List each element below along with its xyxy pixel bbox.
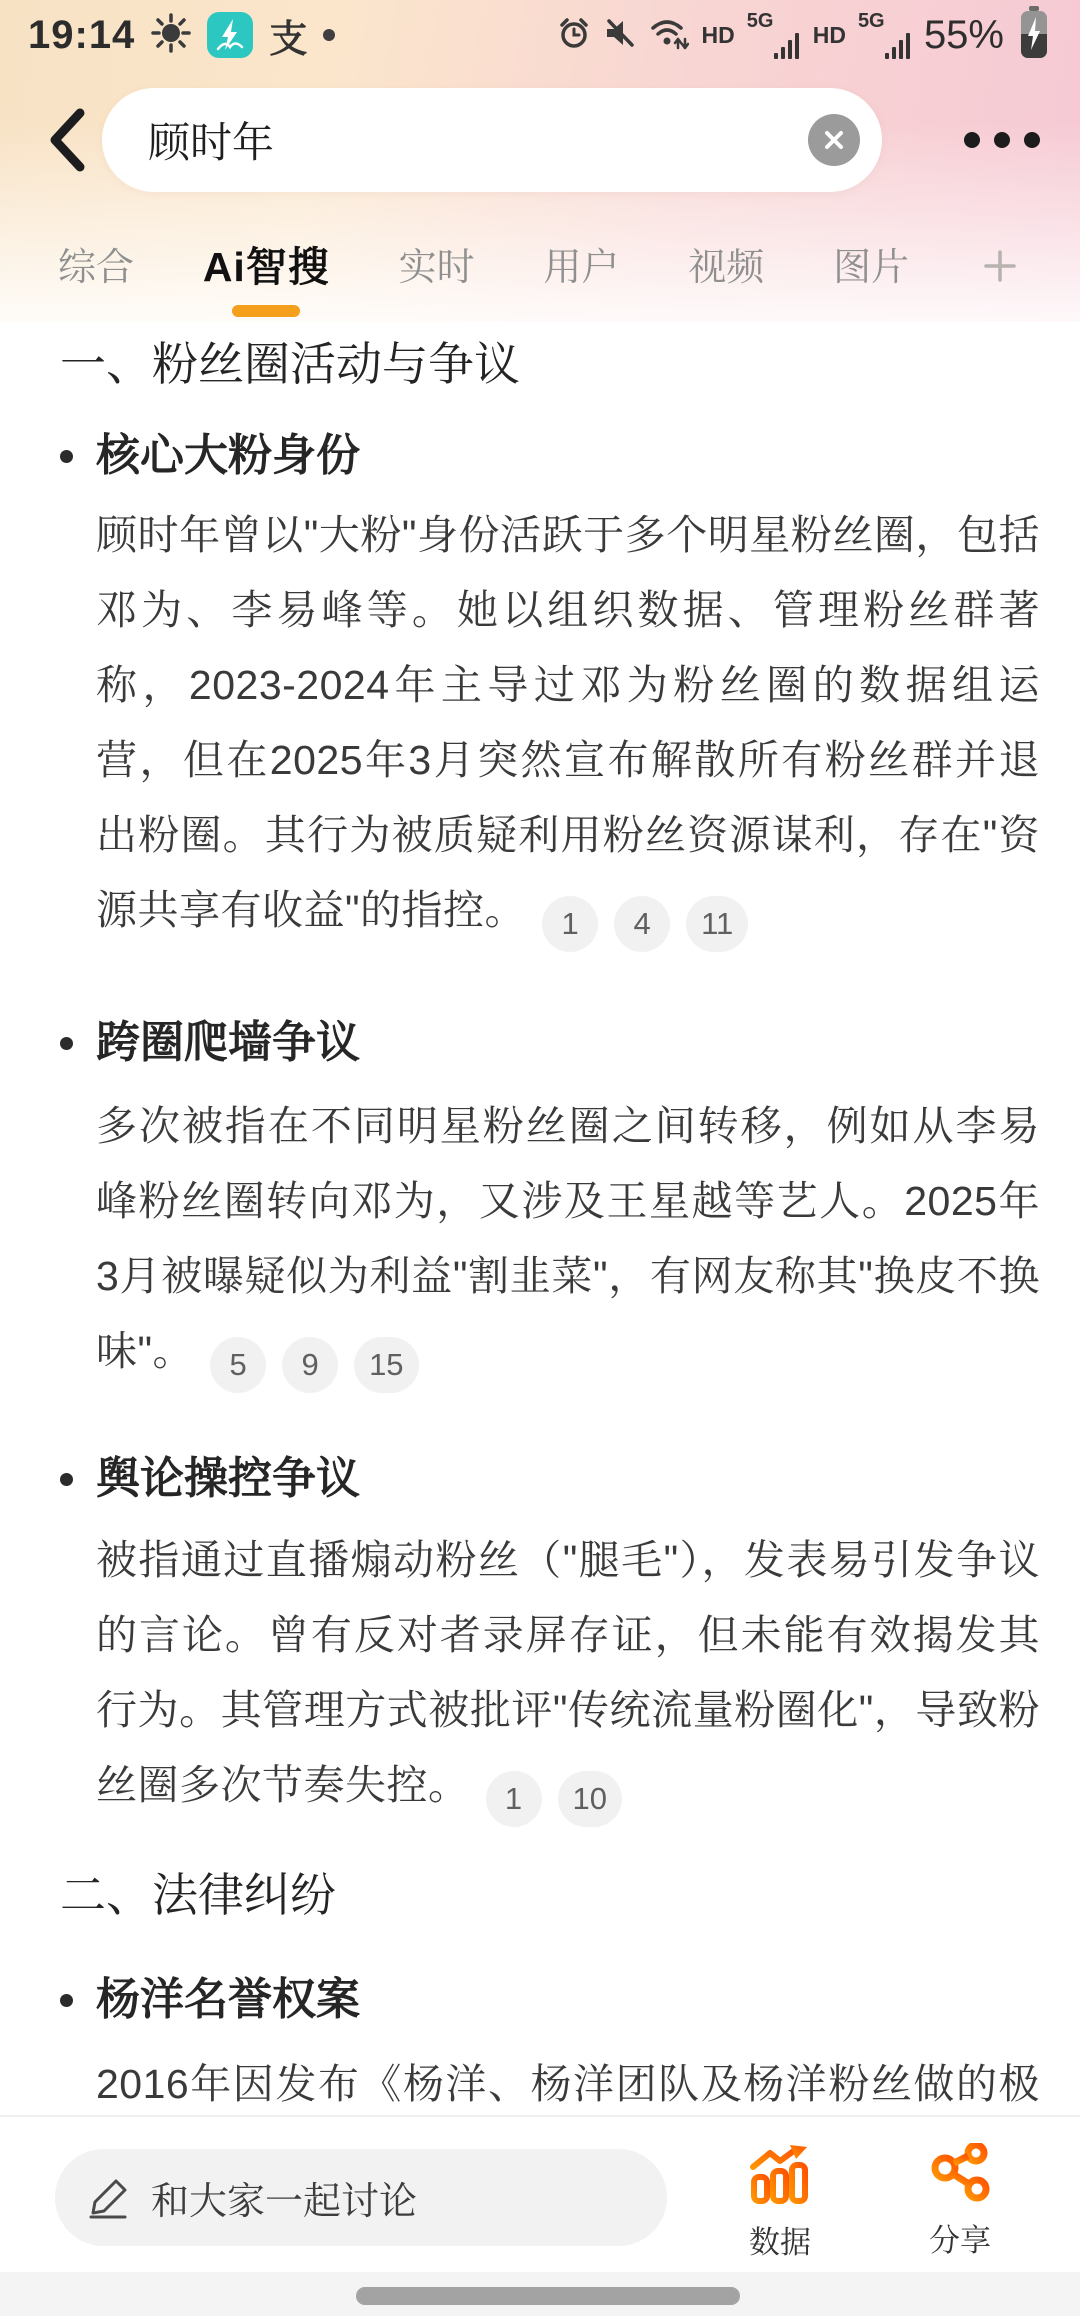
item-title: 核心大粉身份 bbox=[96, 430, 1040, 482]
share-button-label: 分享 bbox=[929, 2215, 991, 2260]
item-title: 杨洋名誉权案 bbox=[96, 1974, 1040, 2026]
clock-time: 19:14 bbox=[28, 13, 135, 58]
list-item-core-fan-identity: 核心大粉身份 顾时年曾以"大粉"身份活跃于多个明星粉丝圈，包括邓为、李易峰等。她… bbox=[60, 430, 1040, 952]
bullet-icon bbox=[60, 1037, 73, 1050]
tab-users[interactable]: 用户 bbox=[543, 236, 619, 297]
gesture-handle[interactable] bbox=[356, 2287, 740, 2305]
alarm-icon bbox=[557, 16, 591, 55]
sun-brightness-icon bbox=[151, 13, 191, 58]
data-button[interactable]: 数据 bbox=[705, 2143, 855, 2262]
citation-badge[interactable]: 5 bbox=[210, 1337, 266, 1393]
active-tab-underline bbox=[232, 305, 300, 317]
item-title: 舆论操控争议 bbox=[96, 1453, 1040, 1505]
tab-comprehensive[interactable]: 综合 bbox=[58, 236, 134, 297]
citation-badge[interactable]: 10 bbox=[558, 1771, 622, 1827]
comment-placeholder: 和大家一起讨论 bbox=[151, 2170, 417, 2225]
bullet-icon bbox=[60, 450, 73, 463]
citation-badge[interactable]: 4 bbox=[614, 896, 670, 952]
volte-hd-icon: HD bbox=[701, 22, 734, 49]
status-bar: 19:14 支 HD 5G HD bbox=[0, 0, 1080, 70]
search-header: 19:14 支 HD 5G HD bbox=[0, 0, 1080, 322]
bullet-icon bbox=[60, 1473, 73, 1486]
gesture-nav-strip bbox=[0, 2272, 1080, 2316]
mute-icon bbox=[603, 16, 637, 55]
tab-videos[interactable]: 视频 bbox=[688, 236, 764, 297]
alipay-notification-icon: 支 bbox=[269, 8, 307, 63]
tab-images[interactable]: 图片 bbox=[833, 236, 909, 297]
item-title: 跨圈爬墙争议 bbox=[96, 1017, 1040, 1069]
citation-badge[interactable]: 1 bbox=[542, 896, 598, 952]
share-button[interactable]: 分享 bbox=[885, 2143, 1035, 2260]
more-menu-button[interactable] bbox=[954, 112, 1050, 168]
item-body: 顾时年曾以"大粉"身份活跃于多个明星粉丝圈，包括邓为、李易峰等。她以组织数据、管… bbox=[96, 498, 1040, 952]
bullet-icon bbox=[60, 1994, 73, 2007]
tab-realtime[interactable]: 实时 bbox=[399, 236, 475, 297]
list-item-opinion-control: 舆论操控争议 被指通过直播煽动粉丝（"腿毛"），发表易引发争议的言论。曾有反对者… bbox=[60, 1453, 1040, 1827]
battery-charging-icon bbox=[1016, 6, 1052, 65]
item-body: 被指通过直播煽动粉丝（"腿毛"），发表易引发争议的言论。曾有反对者录屏存证，但未… bbox=[96, 1523, 1040, 1827]
signal-5g-sim2-icon: 5G bbox=[858, 10, 912, 60]
search-input[interactable]: 顾时年 bbox=[102, 88, 882, 192]
search-tabs: 综合 Ai智搜 实时 用户 视频 图片 bbox=[0, 210, 1080, 328]
data-chart-icon bbox=[748, 2143, 812, 2205]
back-button[interactable] bbox=[30, 90, 102, 190]
pen-icon bbox=[85, 2175, 131, 2221]
citation-badge[interactable]: 9 bbox=[282, 1337, 338, 1393]
citation-badge[interactable]: 11 bbox=[686, 896, 748, 952]
data-button-label: 数据 bbox=[749, 2217, 811, 2262]
add-tab-button[interactable] bbox=[978, 236, 1022, 296]
tab-ai-search[interactable]: Ai智搜 bbox=[203, 234, 330, 299]
item-body: 多次被指在不同明星粉丝圈之间转移，例如从李易峰粉丝圈转向邓为，又涉及王星越等艺人… bbox=[96, 1089, 1040, 1393]
share-icon bbox=[930, 2143, 990, 2203]
volte-hd-icon: HD bbox=[813, 22, 846, 49]
battery-percent: 55% bbox=[924, 13, 1004, 58]
charging-app-notification-icon bbox=[207, 12, 253, 58]
bottom-action-bar: 和大家一起讨论 数据 分享 bbox=[0, 2115, 1080, 2272]
list-item-circle-hopping: 跨圈爬墙争议 多次被指在不同明星粉丝圈之间转移，例如从李易峰粉丝圈转向邓为，又涉… bbox=[60, 1017, 1040, 1393]
section-heading: 一、粉丝圈活动与争议 bbox=[60, 336, 1040, 392]
citation-badge[interactable]: 15 bbox=[354, 1337, 418, 1393]
notification-dot-icon bbox=[323, 29, 335, 41]
citation-badge[interactable]: 1 bbox=[486, 1771, 542, 1827]
clear-search-button[interactable] bbox=[808, 114, 860, 166]
wifi-icon bbox=[649, 15, 689, 56]
search-row: 顾时年 bbox=[0, 70, 1080, 210]
list-item-defamation-case: 杨洋名誉权案 2016年因发布《杨洋、杨洋团队及杨洋粉丝做的极品 bbox=[60, 1974, 1040, 2115]
search-query[interactable]: 顾时年 bbox=[148, 110, 274, 170]
ai-answer-scroll-area[interactable]: 一、粉丝圈活动与争议 核心大粉身份 顾时年曾以"大粉"身份活跃于多个明星粉丝圈，… bbox=[0, 322, 1080, 2115]
section-heading: 二、法律纠纷 bbox=[60, 1867, 1040, 1923]
item-body: 2016年因发布《杨洋、杨洋团队及杨洋粉丝做的极品 bbox=[96, 2047, 1040, 2115]
comment-input[interactable]: 和大家一起讨论 bbox=[55, 2149, 667, 2246]
signal-5g-sim1-icon: 5G bbox=[747, 10, 801, 60]
